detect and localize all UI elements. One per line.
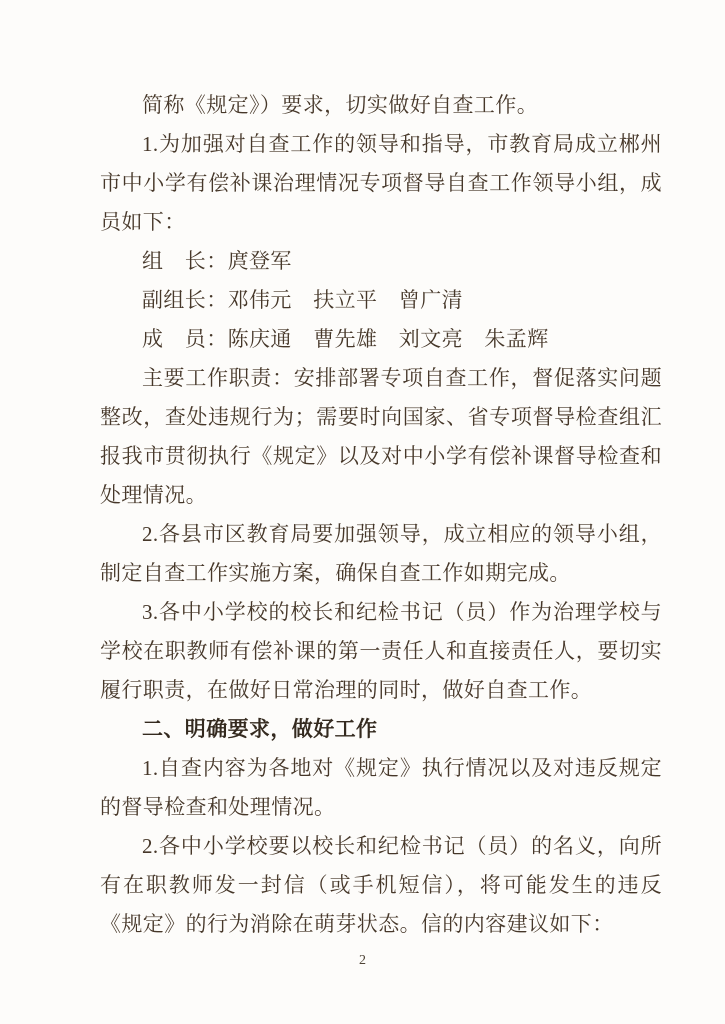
paragraph-item-1: 1.为加强对自查工作的领导和指导，市教育局成立郴州市中小学有偿补课治理情况专项督… <box>100 125 662 242</box>
paragraph-continuation: 简称《规定》）要求，切实做好自查工作。 <box>100 86 662 125</box>
name-line-members: 成 员：陈庆通 曹先雄 刘文亮 朱孟辉 <box>100 320 662 359</box>
document-page: 简称《规定》）要求，切实做好自查工作。 1.为加强对自查工作的领导和指导，市教育… <box>0 0 725 1024</box>
name-line-leader: 组 长：庹登军 <box>100 242 662 281</box>
paragraph-duties: 主要工作职责：安排部署专项自查工作，督促落实问题整改，查处违规行为；需要时向国家… <box>100 359 662 515</box>
paragraph-item-2: 2.各县市区教育局要加强领导，成立相应的领导小组，制定自查工作实施方案，确保自查… <box>100 515 662 593</box>
paragraph-requirement-2: 2.各中小学校要以校长和纪检书记（员）的名义，向所有在职教师发一封信（或手机短信… <box>100 827 662 944</box>
paragraph-item-3: 3.各中小学校的校长和纪检书记（员）作为治理学校与学校在职教师有偿补课的第一责任… <box>100 593 662 710</box>
paragraph-requirement-1: 1.自查内容为各地对《规定》执行情况以及对违反规定的督导检查和处理情况。 <box>100 749 662 827</box>
name-line-deputy-leaders: 副组长：邓伟元 扶立平 曾广清 <box>100 281 662 320</box>
page-number: 2 <box>0 953 725 969</box>
section-heading: 二、明确要求，做好工作 <box>100 710 662 749</box>
document-body: 简称《规定》）要求，切实做好自查工作。 1.为加强对自查工作的领导和指导，市教育… <box>100 86 662 944</box>
